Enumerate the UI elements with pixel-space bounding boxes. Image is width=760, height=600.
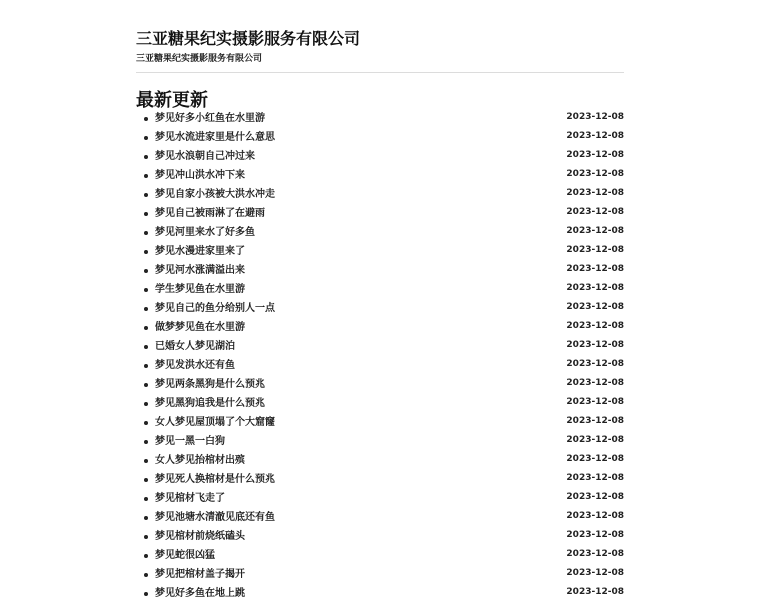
list-item: 梦见一黑一白狗2023-12-08 xyxy=(136,432,624,451)
bullet-icon xyxy=(144,535,148,539)
article-date: 2023-12-08 xyxy=(566,431,624,450)
article-link[interactable]: 梦见自己的鱼分给别人一点 xyxy=(155,299,275,318)
bullet-icon xyxy=(144,231,148,235)
article-link[interactable]: 梦见蛇很凶猛 xyxy=(155,546,215,565)
header-divider xyxy=(136,72,624,73)
list-item: 梦见自家小孩被大洪水冲走2023-12-08 xyxy=(136,185,624,204)
list-item: 梦见水流进家里是什么意思2023-12-08 xyxy=(136,128,624,147)
article-link[interactable]: 做梦梦见鱼在水里游 xyxy=(155,318,245,337)
list-item: 梦见发洪水还有鱼2023-12-08 xyxy=(136,356,624,375)
article-date: 2023-12-08 xyxy=(566,488,624,507)
list-item: 梦见水浪朝自己冲过来2023-12-08 xyxy=(136,147,624,166)
article-link[interactable]: 学生梦见鱼在水里游 xyxy=(155,280,245,299)
article-date: 2023-12-08 xyxy=(566,355,624,374)
article-date: 2023-12-08 xyxy=(566,108,624,127)
list-item: 梦见河水涨满溢出来2023-12-08 xyxy=(136,261,624,280)
list-item: 梦见棺材前烧纸磕头2023-12-08 xyxy=(136,527,624,546)
bullet-icon xyxy=(144,307,148,311)
article-link[interactable]: 梦见死人换棺材是什么预兆 xyxy=(155,470,275,489)
article-date: 2023-12-08 xyxy=(566,526,624,545)
article-date: 2023-12-08 xyxy=(566,184,624,203)
article-link[interactable]: 梦见冲山洪水冲下来 xyxy=(155,166,245,185)
article-date: 2023-12-08 xyxy=(566,545,624,564)
bullet-icon xyxy=(144,402,148,406)
list-item: 梦见蛇很凶猛2023-12-08 xyxy=(136,546,624,565)
latest-updates-list: 梦见好多小红鱼在水里游2023-12-08梦见水流进家里是什么意思2023-12… xyxy=(136,109,624,600)
bullet-icon xyxy=(144,174,148,178)
bullet-icon xyxy=(144,421,148,425)
article-link[interactable]: 梦见池塘水清澈见底还有鱼 xyxy=(155,508,275,527)
bullet-icon xyxy=(144,478,148,482)
article-link[interactable]: 女人梦见抬棺材出殡 xyxy=(155,451,245,470)
bullet-icon xyxy=(144,136,148,140)
article-link[interactable]: 梦见好多鱼在地上跳 xyxy=(155,584,245,600)
article-date: 2023-12-08 xyxy=(566,564,624,583)
list-item: 梦见自己被雨淋了在避雨2023-12-08 xyxy=(136,204,624,223)
article-link[interactable]: 梦见棺材飞走了 xyxy=(155,489,225,508)
bullet-icon xyxy=(144,440,148,444)
bullet-icon xyxy=(144,497,148,501)
site-subtitle: 三亚糖果纪实摄影服务有限公司 xyxy=(136,51,262,64)
bullet-icon xyxy=(144,573,148,577)
article-link[interactable]: 梦见黑狗追我是什么预兆 xyxy=(155,394,265,413)
bullet-icon xyxy=(144,155,148,159)
list-item: 梦见池塘水清澈见底还有鱼2023-12-08 xyxy=(136,508,624,527)
article-date: 2023-12-08 xyxy=(566,260,624,279)
article-link[interactable]: 梦见水浪朝自己冲过来 xyxy=(155,147,255,166)
article-date: 2023-12-08 xyxy=(566,222,624,241)
bullet-icon xyxy=(144,592,148,596)
article-date: 2023-12-08 xyxy=(566,127,624,146)
article-link[interactable]: 梦见好多小红鱼在水里游 xyxy=(155,109,265,128)
article-link[interactable]: 梦见河水涨满溢出来 xyxy=(155,261,245,280)
article-date: 2023-12-08 xyxy=(566,165,624,184)
article-link[interactable]: 梦见两条黑狗是什么预兆 xyxy=(155,375,265,394)
bullet-icon xyxy=(144,269,148,273)
article-date: 2023-12-08 xyxy=(566,374,624,393)
site-title[interactable]: 三亚糖果纪实摄影服务有限公司 xyxy=(136,26,360,49)
article-date: 2023-12-08 xyxy=(566,583,624,600)
list-item: 梦见把棺材盖子揭开2023-12-08 xyxy=(136,565,624,584)
article-link[interactable]: 梦见河里来水了好多鱼 xyxy=(155,223,255,242)
article-link[interactable]: 梦见把棺材盖子揭开 xyxy=(155,565,245,584)
bullet-icon xyxy=(144,250,148,254)
article-link[interactable]: 女人梦见屋顶塌了个大窟窿 xyxy=(155,413,275,432)
article-date: 2023-12-08 xyxy=(566,393,624,412)
list-item: 女人梦见抬棺材出殡2023-12-08 xyxy=(136,451,624,470)
list-item: 梦见水漫进家里来了2023-12-08 xyxy=(136,242,624,261)
list-item: 已婚女人梦见湖泊2023-12-08 xyxy=(136,337,624,356)
article-date: 2023-12-08 xyxy=(566,146,624,165)
article-link[interactable]: 梦见水流进家里是什么意思 xyxy=(155,128,275,147)
article-date: 2023-12-08 xyxy=(566,412,624,431)
list-item: 梦见自己的鱼分给别人一点2023-12-08 xyxy=(136,299,624,318)
bullet-icon xyxy=(144,364,148,368)
list-item: 梦见黑狗追我是什么预兆2023-12-08 xyxy=(136,394,624,413)
article-link[interactable]: 梦见棺材前烧纸磕头 xyxy=(155,527,245,546)
list-item: 女人梦见屋顶塌了个大窟窿2023-12-08 xyxy=(136,413,624,432)
article-date: 2023-12-08 xyxy=(566,450,624,469)
article-link[interactable]: 梦见自己被雨淋了在避雨 xyxy=(155,204,265,223)
bullet-icon xyxy=(144,117,148,121)
bullet-icon xyxy=(144,516,148,520)
list-item: 梦见冲山洪水冲下来2023-12-08 xyxy=(136,166,624,185)
article-link[interactable]: 梦见一黑一白狗 xyxy=(155,432,225,451)
article-date: 2023-12-08 xyxy=(566,298,624,317)
bullet-icon xyxy=(144,326,148,330)
article-date: 2023-12-08 xyxy=(566,469,624,488)
article-date: 2023-12-08 xyxy=(566,507,624,526)
list-item: 梦见棺材飞走了2023-12-08 xyxy=(136,489,624,508)
list-item: 梦见死人换棺材是什么预兆2023-12-08 xyxy=(136,470,624,489)
bullet-icon xyxy=(144,345,148,349)
bullet-icon xyxy=(144,193,148,197)
bullet-icon xyxy=(144,459,148,463)
list-item: 梦见两条黑狗是什么预兆2023-12-08 xyxy=(136,375,624,394)
article-link[interactable]: 已婚女人梦见湖泊 xyxy=(155,337,235,356)
article-date: 2023-12-08 xyxy=(566,336,624,355)
article-date: 2023-12-08 xyxy=(566,317,624,336)
list-item: 梦见河里来水了好多鱼2023-12-08 xyxy=(136,223,624,242)
article-link[interactable]: 梦见水漫进家里来了 xyxy=(155,242,245,261)
article-date: 2023-12-08 xyxy=(566,279,624,298)
list-item: 梦见好多小红鱼在水里游2023-12-08 xyxy=(136,109,624,128)
list-item: 梦见好多鱼在地上跳2023-12-08 xyxy=(136,584,624,600)
bullet-icon xyxy=(144,383,148,387)
article-date: 2023-12-08 xyxy=(566,203,624,222)
bullet-icon xyxy=(144,212,148,216)
article-link[interactable]: 梦见自家小孩被大洪水冲走 xyxy=(155,185,275,204)
article-link[interactable]: 梦见发洪水还有鱼 xyxy=(155,356,235,375)
list-item: 做梦梦见鱼在水里游2023-12-08 xyxy=(136,318,624,337)
bullet-icon xyxy=(144,554,148,558)
bullet-icon xyxy=(144,288,148,292)
list-item: 学生梦见鱼在水里游2023-12-08 xyxy=(136,280,624,299)
article-date: 2023-12-08 xyxy=(566,241,624,260)
